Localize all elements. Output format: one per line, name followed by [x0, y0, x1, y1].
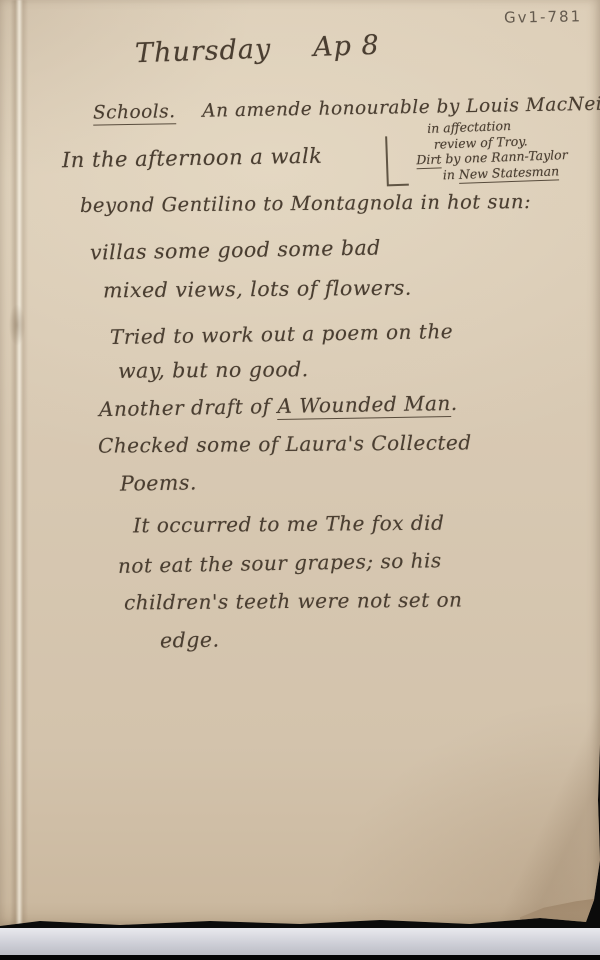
margin-note-in: in — [443, 166, 456, 181]
diary-line-tried-poem: Tried to work out a poem on the — [110, 319, 453, 349]
diary-line-mixed-views: mixed views, lots of flowers. — [103, 276, 412, 303]
margin-note-statesman-underlined: New Statesman — [459, 163, 560, 183]
diary-line-childrens-teeth: children's teeth were not set on — [124, 588, 463, 615]
catalog-number: Gv1-781 — [504, 7, 582, 26]
margin-note: in affectation review of Troy. Dirt by o… — [415, 115, 600, 184]
diary-line-edge: edge. — [160, 627, 220, 652]
scanner-bed-strip — [0, 928, 600, 957]
scanned-diary-page: Gv1-781 ThursdayAp 8 Schools. An amende … — [0, 0, 600, 960]
diary-line-sour-grapes: not eat the sour grapes; so his — [118, 548, 442, 578]
diary-line-villas: villas some good some bad — [90, 235, 381, 264]
diary-line-montagnola: beyond Gentilino to Montagnola in hot su… — [80, 190, 531, 217]
corner-curl-shading — [470, 700, 600, 930]
diary-line-afternoon-walk: In the afternoon a walk — [62, 144, 323, 173]
paper-sheet: Gv1-781 ThursdayAp 8 Schools. An amende … — [0, 0, 600, 930]
diary-line-fox-did: It occurred to me The fox did — [133, 511, 445, 538]
wounded-man-underlined: A Wounded Man — [277, 391, 451, 420]
diary-line-wounded-man: Another draft of A Wounded Man. — [99, 391, 458, 421]
heading-day: Thursday — [135, 34, 272, 70]
draft-prefix: Another draft of — [99, 394, 271, 421]
diary-line-lauras-collected: Checked some of Laura's Collected — [98, 430, 472, 457]
fold-crease — [10, 0, 28, 930]
draft-suffix: . — [451, 391, 458, 415]
schools-underlined: Schools. — [93, 101, 176, 125]
heading-date: Ap 8 — [313, 30, 381, 63]
scan-backdrop — [0, 955, 600, 960]
entry-heading: ThursdayAp 8 — [135, 30, 381, 70]
diary-line-poems: Poems. — [120, 470, 197, 495]
diary-line-no-good: way, but no good. — [118, 357, 309, 383]
margin-bracket — [385, 136, 409, 187]
crease-notch — [6, 295, 28, 355]
margin-note-dirt-underlined: Dirt — [416, 151, 442, 169]
